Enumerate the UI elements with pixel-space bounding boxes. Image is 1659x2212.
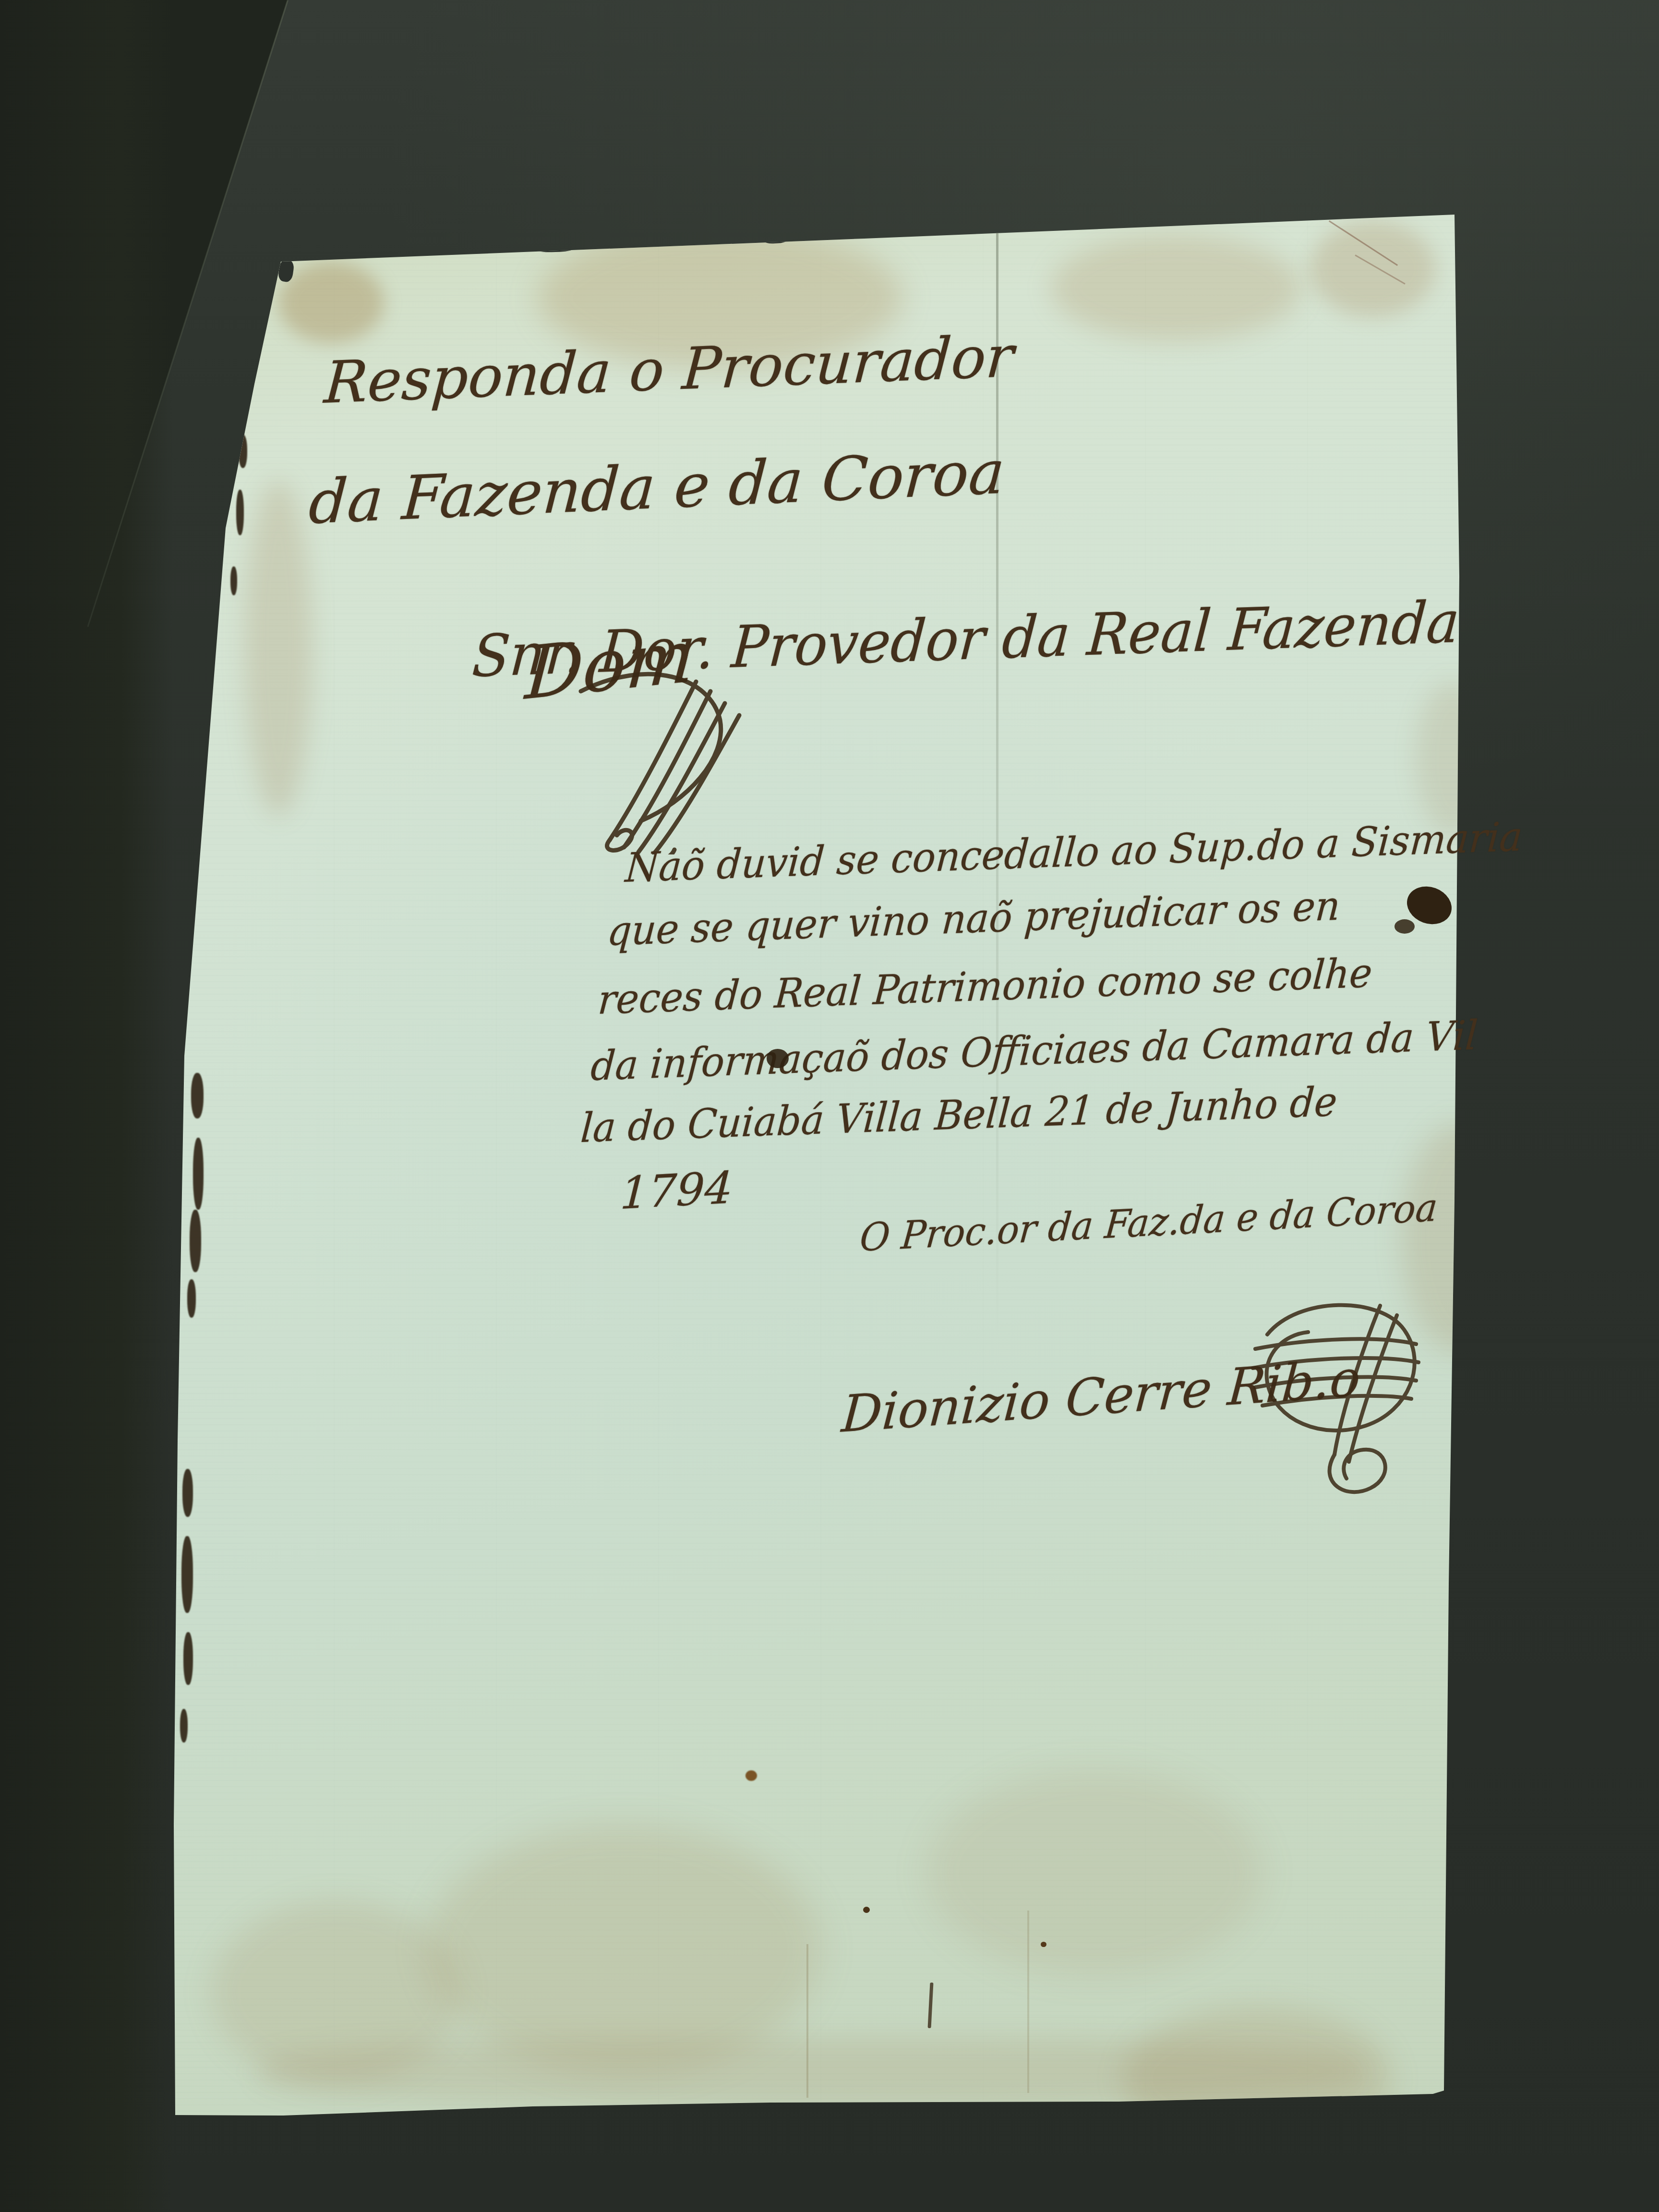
stain [245,480,312,816]
despacho-rubric-flourish [552,662,778,854]
edge-burn-mark [183,1632,193,1685]
edge-burn-mark [193,1138,204,1210]
foxing-dot [1041,1942,1046,1947]
streak [806,1944,808,2098]
edge-burn-mark [236,490,244,535]
ink-blot [1395,919,1415,934]
foxing-dot [863,1907,870,1913]
archival-photo: Responda o Procurador da Fazenda e da Co… [0,0,1659,2212]
stain [427,1824,821,2074]
edge-burn-mark [190,1210,201,1272]
foxing-dot [745,1770,757,1781]
edge-burn-mark [181,1536,193,1613]
book-gutter-band [0,0,173,2212]
edge-burn-mark [182,1469,193,1517]
ink-blot [767,1049,789,1068]
signature-rubric-flourish [1222,1277,1438,1503]
stain [1051,235,1301,341]
stain [278,262,384,343]
edge-burn-mark [230,566,237,595]
stain [259,2038,1363,2105]
body-line-date-year: 1794 [619,1166,734,1216]
edge-burn-mark [191,1073,204,1118]
edge-burn-mark [180,1709,188,1743]
stain [1310,221,1435,317]
edge-burn-mark [187,1279,196,1318]
streak [1027,1911,1029,2093]
stain [926,1769,1262,1975]
